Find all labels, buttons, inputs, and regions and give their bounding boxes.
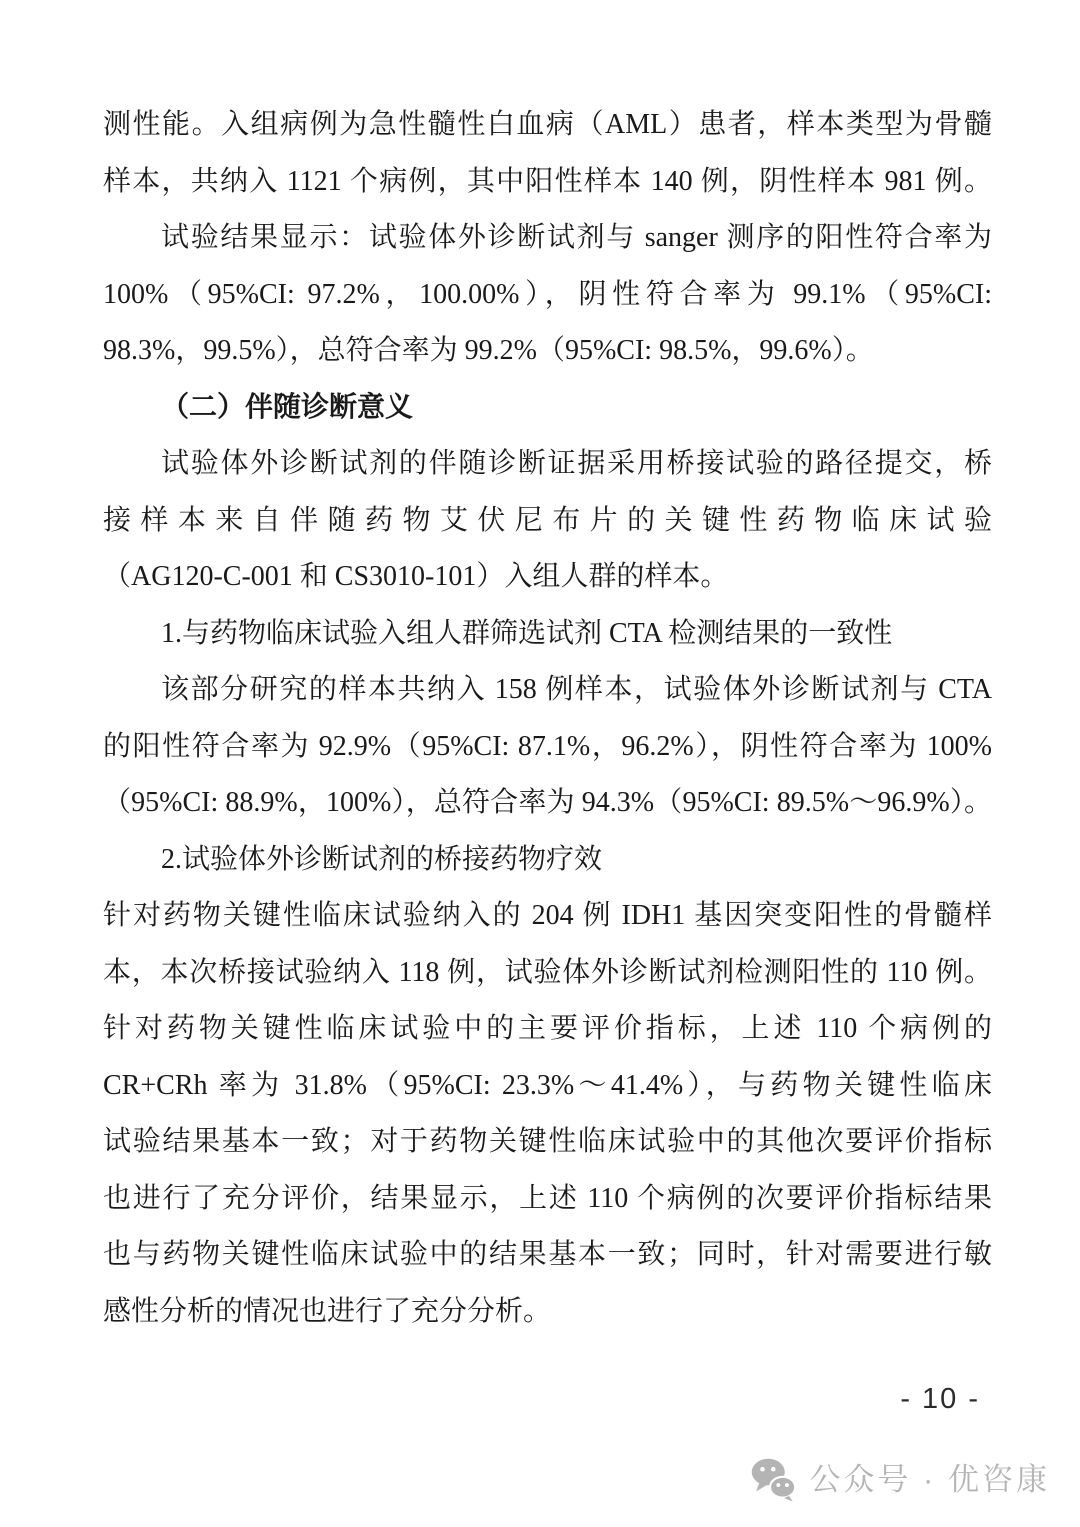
text-line: 针对药物关键性临床试验纳入的 204 例 IDH1 基因突变阳性的骨髓样 (103, 888, 992, 945)
text-line: （二）伴随诊断意义 (103, 380, 992, 437)
watermark-text: 公众号 · 优咨康 (809, 1458, 1050, 1502)
text-line: 接样本来自伴随药物艾伏尼布片的关键性药物临床试验 (103, 493, 992, 550)
text-line: 该部分研究的样本共纳入 158 例样本，试验体外诊断试剂与 CTA (103, 662, 992, 719)
text-line: 100%（95%CI: 97.2%，100.00%），阴性符合率为 99.1%（… (103, 267, 992, 324)
document-page: 测性能。入组病例为急性髓性白血病（AML）患者，样本类型为骨髓样本，共纳入 11… (0, 0, 1080, 1527)
text-line: 的阳性符合率为 92.9%（95%CI: 87.1%，96.2%），阴性符合率为… (103, 719, 992, 776)
text-line: CR+CRh 率为 31.8%（95%CI: 23.3%～41.4%），与药物关… (103, 1058, 992, 1115)
text-line: 2.试验体外诊断试剂的桥接药物疗效 (103, 832, 992, 889)
text-line: 样本，共纳入 1121 个病例，其中阳性样本 140 例，阴性样本 981 例。 (103, 154, 992, 211)
text-line: 试验结果显示：试验体外诊断试剂与 sanger 测序的阳性符合率为 (103, 210, 992, 267)
text-line: （AG120-C-001 和 CS3010-101）入组人群的样本。 (103, 549, 992, 606)
text-line: 针对药物关键性临床试验中的主要评价指标，上述 110 个病例的 (103, 1001, 992, 1058)
text-line: 感性分析的情况也进行了充分分析。 (103, 1284, 992, 1341)
wechat-icon (751, 1458, 797, 1502)
document-body: 测性能。入组病例为急性髓性白血病（AML）患者，样本类型为骨髓样本，共纳入 11… (103, 97, 992, 1340)
text-line: （95%CI: 88.9%，100%），总符合率为 94.3%（95%CI: 8… (103, 775, 992, 832)
text-line: 试验结果基本一致；对于药物关键性临床试验中的其他次要评价指标 (103, 1114, 992, 1171)
text-line: 98.3%，99.5%），总符合率为 99.2%（95%CI: 98.5%，99… (103, 323, 992, 380)
text-line: 试验体外诊断试剂的伴随诊断证据采用桥接试验的路径提交，桥 (103, 436, 992, 493)
text-line: 也进行了充分评价，结果显示，上述 110 个病例的次要评价指标结果 (103, 1171, 992, 1228)
text-line: 本，本次桥接试验纳入 118 例，试验体外诊断试剂检测阳性的 110 例。 (103, 945, 992, 1002)
watermark: 公众号 · 优咨康 (751, 1458, 1050, 1502)
text-line: 1.与药物临床试验入组人群筛选试剂 CTA 检测结果的一致性 (103, 606, 992, 663)
text-line: 测性能。入组病例为急性髓性白血病（AML）患者，样本类型为骨髓 (103, 97, 992, 154)
text-line: 也与药物关键性临床试验中的结果基本一致；同时，针对需要进行敏 (103, 1227, 992, 1284)
page-number: - 10 - (900, 1383, 980, 1416)
